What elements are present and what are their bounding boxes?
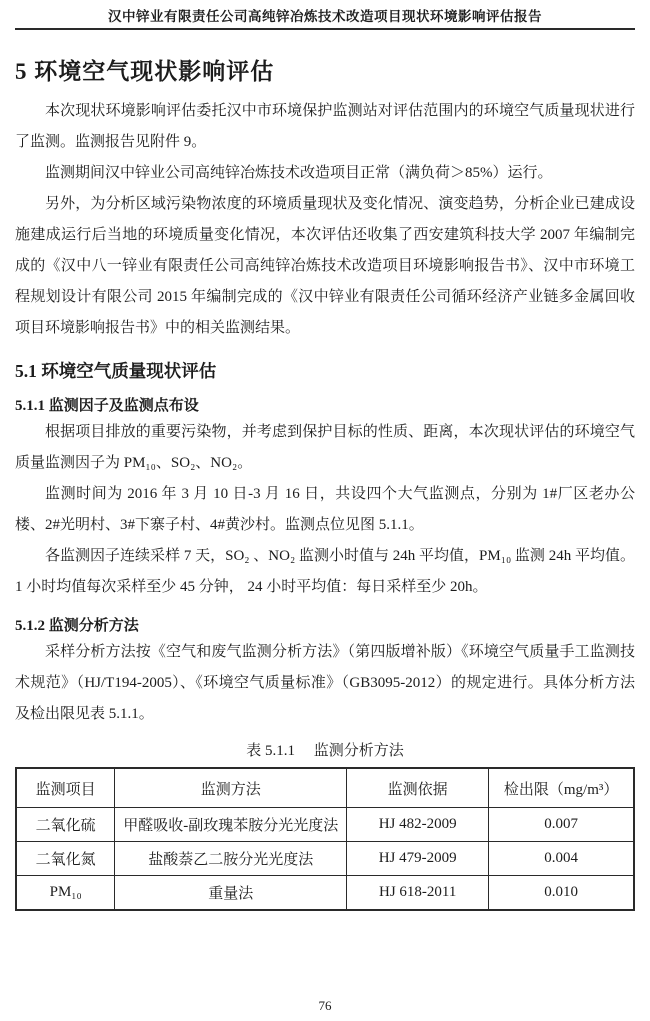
- cell-basis: HJ 618-2011: [347, 876, 489, 911]
- table-caption: 表 5.1.1 监测分析方法: [15, 739, 635, 760]
- intro-paragraph-2: 监测期间汉中锌业公司高纯锌冶炼技术改造项目正常（满负荷＞85%）运行。: [15, 158, 635, 189]
- document-body: 5 环境空气现状影响评估 本次现状环境影响评估委托汉中市环境保护监测站对评估范围…: [0, 53, 650, 911]
- column-header-basis: 监测依据: [347, 768, 489, 808]
- cell-limit: 0.004: [489, 842, 634, 876]
- document-page: { "header": { "title": "汉中锌业有限责任公司高纯锌冶炼技…: [0, 0, 650, 1021]
- column-header-item: 监测项目: [16, 768, 115, 808]
- cell-method: 甲醛吸收-副玫瑰苯胺分光光度法: [115, 808, 347, 842]
- cell-method: 重量法: [115, 876, 347, 911]
- cell-limit: 0.007: [489, 808, 634, 842]
- section-5-1-1-paragraph-2: 监测时间为 2016 年 3 月 10 日-3 月 16 日，共设四个大气监测点…: [15, 479, 635, 541]
- section-heading-5-1: 5.1 环境空气质量现状评估: [15, 358, 635, 383]
- section-5-1-2-paragraph-1: 采样分析方法按《空气和废气监测分析方法》（第四版增补版）《环境空气质量手工监测技…: [15, 637, 635, 730]
- section-heading-5-1-2: 5.1.2 监测分析方法: [15, 614, 635, 635]
- cell-item: PM₁₀: [16, 876, 115, 911]
- chapter-title: 5 环境空气现状影响评估: [15, 53, 635, 86]
- table-row: 二氧化氮 盐酸萘乙二胺分光光度法 HJ 479-2009 0.004: [16, 842, 634, 876]
- cell-basis: HJ 482-2009: [347, 808, 489, 842]
- page-number: 76: [0, 998, 650, 1014]
- cell-basis: HJ 479-2009: [347, 842, 489, 876]
- cell-item: 二氧化硫: [16, 808, 115, 842]
- monitoring-methods-table: 监测项目 监测方法 监测依据 检出限（mg/m³） 二氧化硫 甲醛吸收-副玫瑰苯…: [15, 767, 635, 911]
- table-header-row: 监测项目 监测方法 监测依据 检出限（mg/m³）: [16, 768, 634, 808]
- section-5-1-1-paragraph-1: 根据项目排放的重要污染物，并考虑到保护目标的性质、距离，本次现状评估的环境空气质…: [15, 417, 635, 479]
- section-5-1-1-paragraph-3: 各监测因子连续采样 7 天，SO₂ 、NO₂ 监测小时值与 24h 平均值，PM…: [15, 541, 635, 603]
- column-header-method: 监测方法: [115, 768, 347, 808]
- table-row: PM₁₀ 重量法 HJ 618-2011 0.010: [16, 876, 634, 911]
- intro-paragraph-3: 另外，为分析区域污染物浓度的环境质量现状及变化情况、演变趋势，分析企业已建成设施…: [15, 189, 635, 344]
- running-header: 汉中锌业有限责任公司高纯锌冶炼技术改造项目现状环境影响评估报告: [15, 0, 635, 30]
- cell-limit: 0.010: [489, 876, 634, 911]
- table-row: 二氧化硫 甲醛吸收-副玫瑰苯胺分光光度法 HJ 482-2009 0.007: [16, 808, 634, 842]
- cell-item: 二氧化氮: [16, 842, 115, 876]
- intro-paragraph-1: 本次现状环境影响评估委托汉中市环境保护监测站对评估范围内的环境空气质量现状进行了…: [15, 96, 635, 158]
- section-heading-5-1-1: 5.1.1 监测因子及监测点布设: [15, 394, 635, 415]
- cell-method: 盐酸萘乙二胺分光光度法: [115, 842, 347, 876]
- column-header-limit: 检出限（mg/m³）: [489, 768, 634, 808]
